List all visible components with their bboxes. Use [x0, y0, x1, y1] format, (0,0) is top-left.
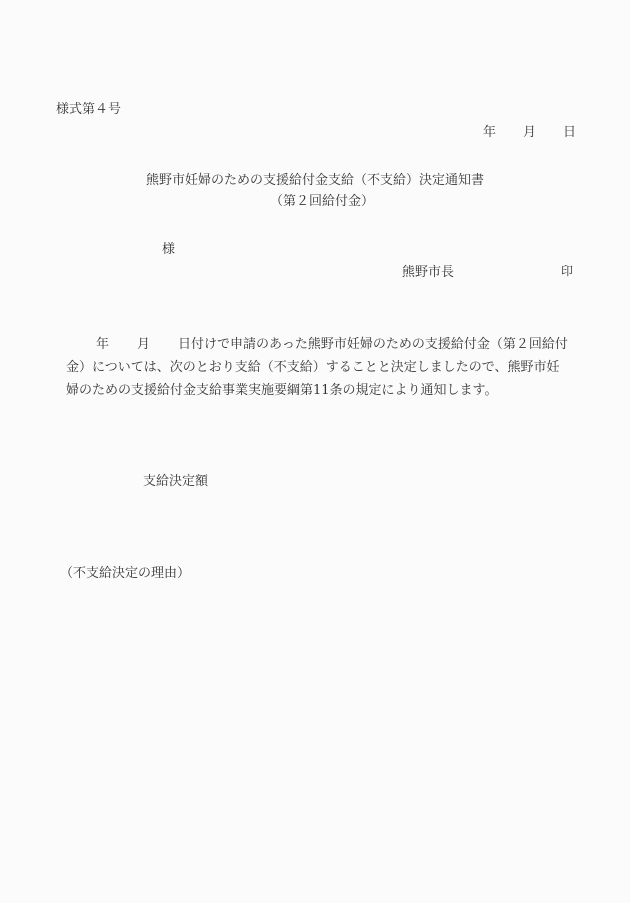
day-label: 日	[563, 126, 576, 139]
body-line-1-text: 日付けで申請のあった熊野市妊婦のための支援給付金（第２回給付	[178, 337, 568, 352]
body-line-3: 婦のための支援給付金支給事業実施要綱第11条の規定により通知します。	[56, 379, 576, 402]
seal-icon: 印	[561, 265, 573, 277]
body-month-label: 月	[137, 337, 150, 352]
body-line-2: 金）については、次のとおり支給（不支給）することと決定しましたので、熊野市妊	[56, 356, 576, 379]
document-title: 熊野市妊婦のための支援給付金支給（不支給）決定通知書	[146, 174, 484, 187]
non-payment-reason-label: （不支給決定の理由）	[60, 567, 190, 580]
decision-amount-label: 支給決定額	[143, 475, 208, 488]
document-subtitle: （第２回給付金）	[270, 195, 374, 208]
year-label: 年	[483, 126, 496, 139]
month-label: 月	[523, 126, 536, 139]
body-line-1: 年月日付けで申請のあった熊野市妊婦のための支援給付金（第２回給付	[56, 333, 576, 356]
body-year-label: 年	[96, 337, 109, 352]
date-line: 年月日	[483, 126, 576, 139]
body-paragraph: 年月日付けで申請のあった熊野市妊婦のための支援給付金（第２回給付 金）については…	[56, 333, 576, 402]
issuer-name: 熊野市長	[402, 266, 454, 279]
recipient-honorific: 様	[162, 243, 175, 256]
form-number: 様式第４号	[56, 103, 121, 116]
